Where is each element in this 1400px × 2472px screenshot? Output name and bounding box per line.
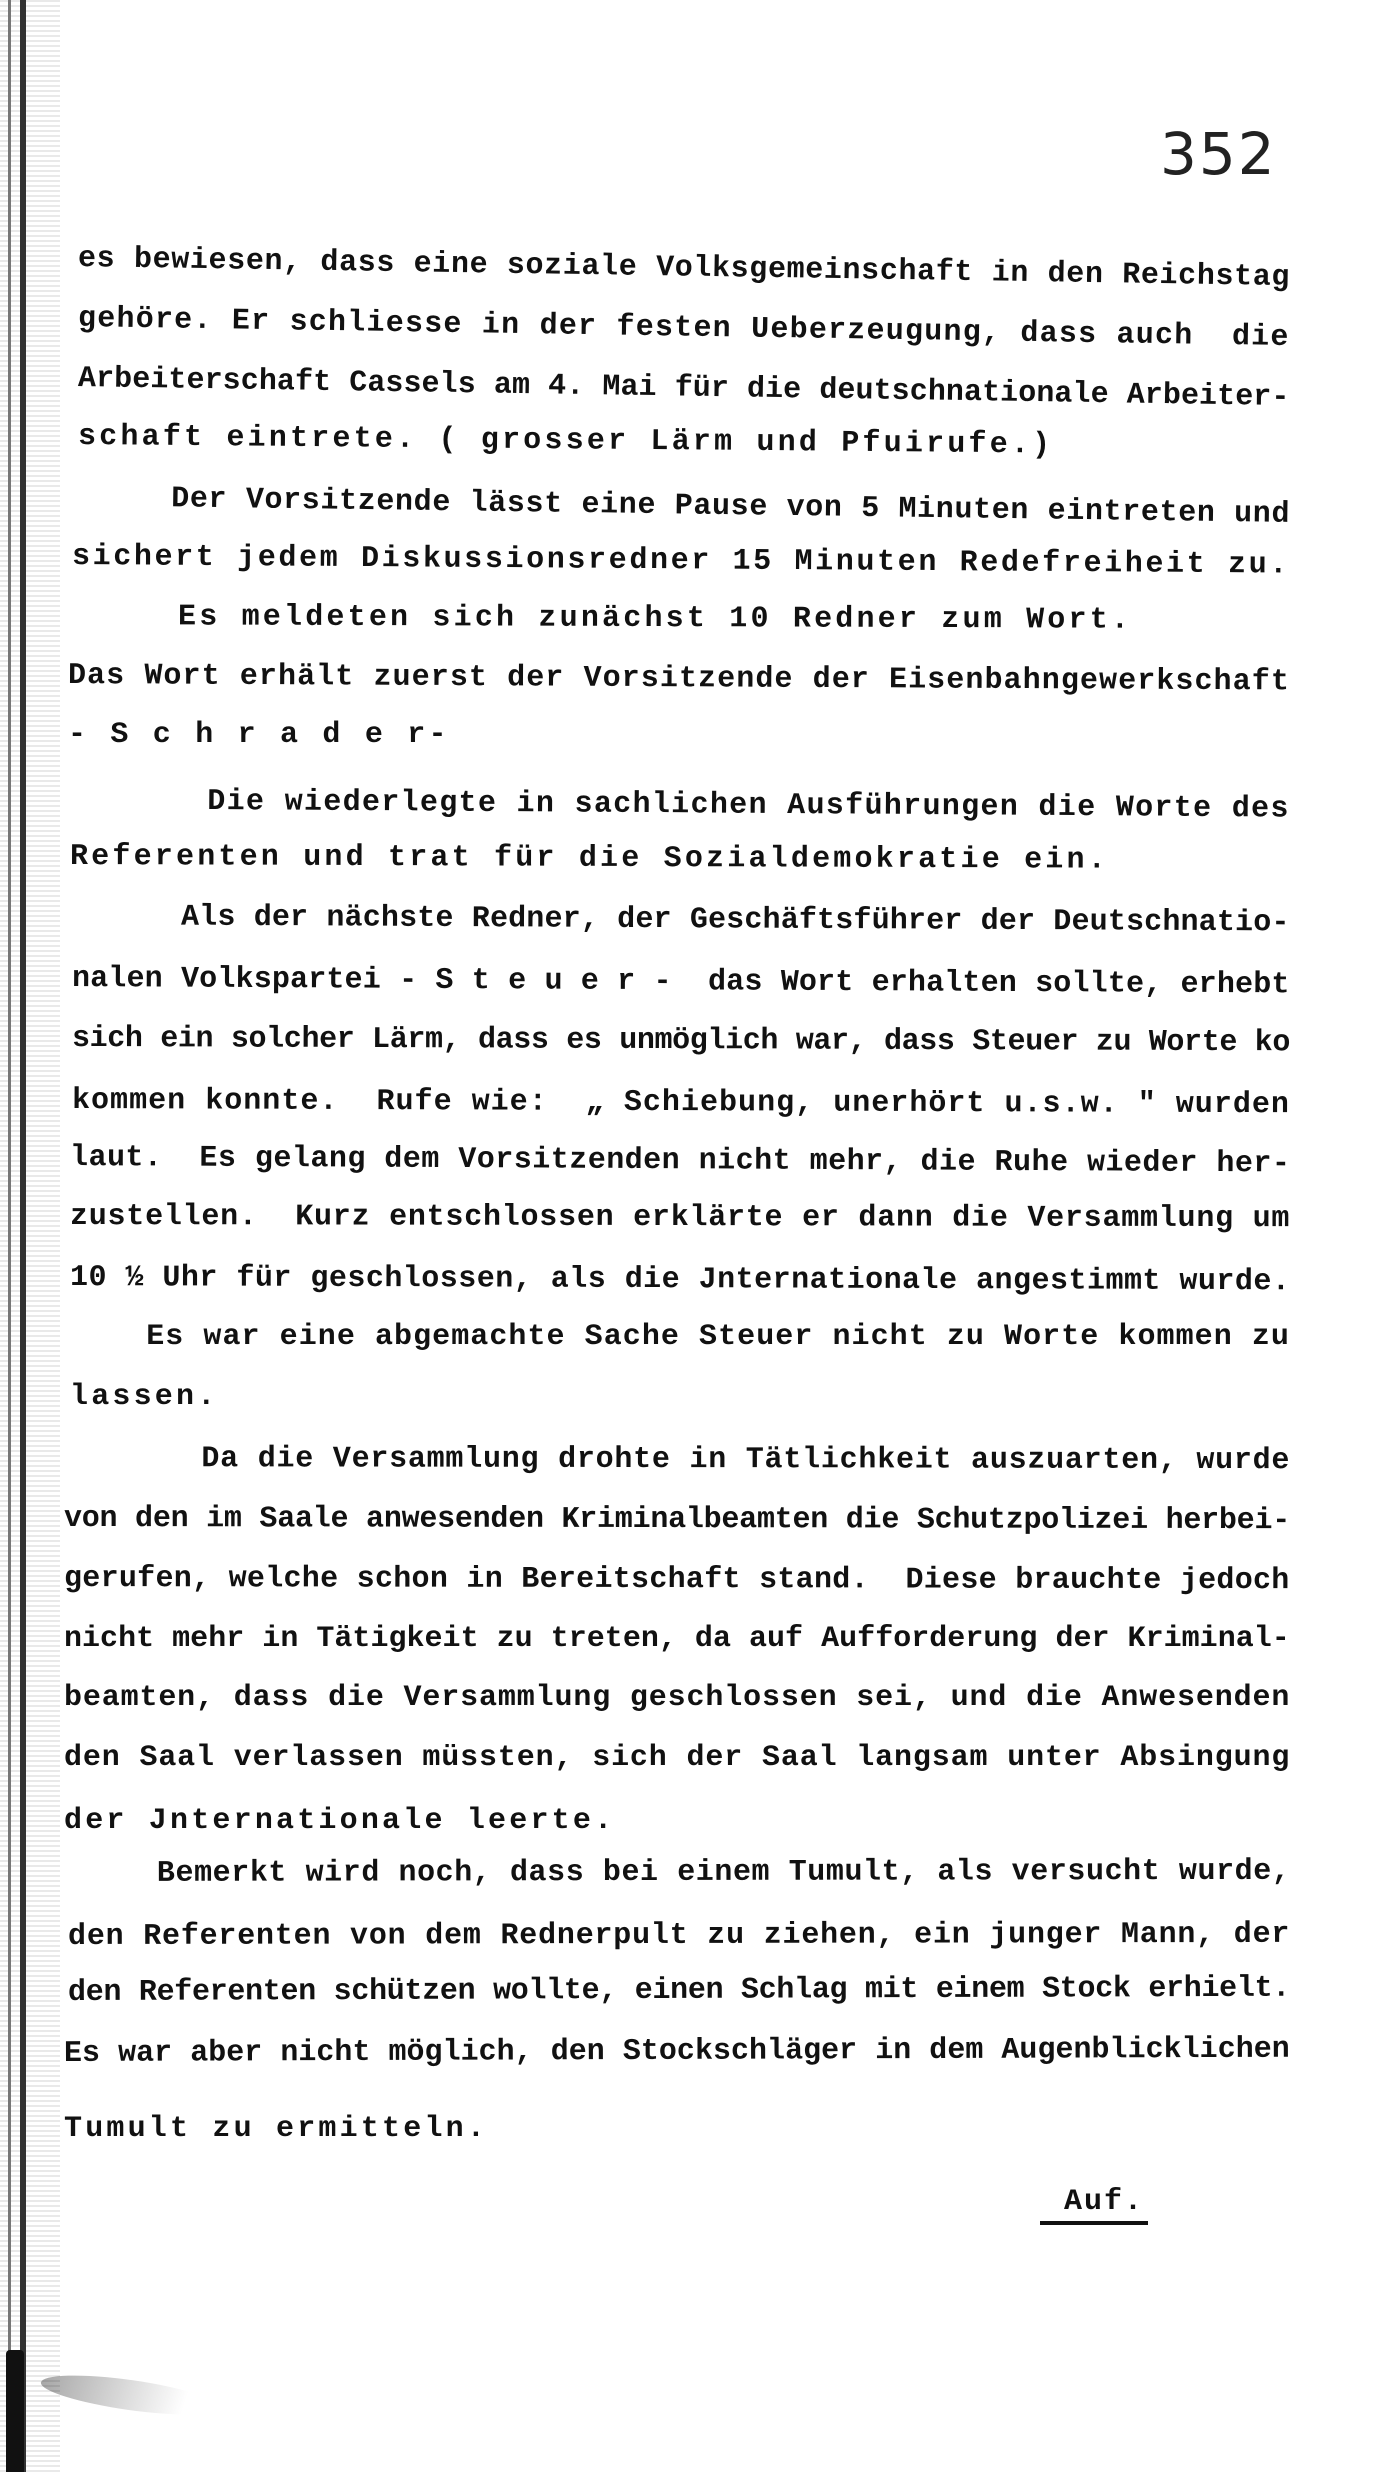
signature: Auf. bbox=[1040, 2185, 1148, 2225]
text-line: Es war aber nicht möglich, den Stockschl… bbox=[64, 2033, 1290, 2071]
text-line: Das Wort erhält zuerst der Vorsitzende d… bbox=[68, 659, 1290, 699]
text-line: 10 ½ Uhr für geschlossen, als die Jntern… bbox=[70, 1261, 1291, 1299]
text-line: nicht mehr in Tätigkeit zu treten, da au… bbox=[64, 1622, 1290, 1656]
text-line: Bemerkt wird noch, dass bei einem Tumult… bbox=[64, 1855, 1290, 1891]
ink-smudge bbox=[39, 2368, 221, 2423]
text-line: gehöre. Er schliesse in der festen Ueber… bbox=[78, 302, 1290, 355]
text-line: gerufen, welche schon in Bereitschaft st… bbox=[64, 1562, 1290, 1598]
text-line: den Referenten schützen wollte, einen Sc… bbox=[68, 1972, 1290, 2010]
text-line: den Referenten von dem Rednerpult zu zie… bbox=[68, 1918, 1290, 1954]
text-line: Die wiederlegte in sachlichen Ausführung… bbox=[72, 784, 1290, 827]
binding-clip bbox=[6, 2350, 24, 2472]
text-line: - S c h r a d e r- bbox=[68, 718, 450, 752]
text-line: Referenten und trat für die Sozialdemokr… bbox=[70, 840, 1109, 878]
text-line: sichert jedem Diskussionsredner 15 Minut… bbox=[72, 540, 1290, 583]
text-line: schaft eintrete. ( grosser Lärm und Pfui… bbox=[78, 420, 1054, 463]
text-line: Der Vorsitzende lässt eine Pause von 5 M… bbox=[78, 481, 1291, 532]
text-line: kommen konnte. Rufe wie: „ Schiebung, un… bbox=[72, 1084, 1290, 1122]
text-line: Es war eine abgemachte Sache Steuer nich… bbox=[70, 1320, 1290, 1354]
text-line: es bewiesen, dass eine soziale Volksgeme… bbox=[78, 242, 1291, 295]
text-line: Als der nächste Redner, der Geschäftsfüh… bbox=[72, 900, 1290, 940]
binding-shadow bbox=[8, 0, 11, 2472]
text-line: sich ein solcher Lärm, dass es unmöglich… bbox=[72, 1022, 1290, 1060]
text-line: laut. Es gelang dem Vorsitzenden nicht m… bbox=[70, 1141, 1291, 1181]
text-line: der Jnternationale leerte. bbox=[64, 1804, 615, 1838]
text-line: zustellen. Kurz entschlossen erklärte er… bbox=[70, 1200, 1290, 1236]
text-line: von den im Saale anwesenden Kriminalbeam… bbox=[64, 1502, 1290, 1538]
page-number: 352 bbox=[1160, 120, 1277, 188]
text-line: nalen Volkspartei - S t e u e r - das Wo… bbox=[72, 962, 1290, 1002]
binding-spine bbox=[20, 0, 26, 2472]
text-line: lassen. bbox=[70, 1380, 218, 1414]
text-line: den Saal verlassen müssten, sich der Saa… bbox=[64, 1741, 1290, 1775]
text-line: Da die Versammlung drohte in Tätlichkeit… bbox=[70, 1442, 1290, 1478]
text-line: Arbeiterschaft Cassels am 4. Mai für die… bbox=[78, 362, 1290, 415]
text-line: Tumult zu ermitteln. bbox=[64, 2112, 488, 2146]
document-page: 352 es bewiesen, dass eine soziale Volks… bbox=[0, 0, 1400, 2472]
text-line: beamten, dass die Versammlung geschlosse… bbox=[64, 1681, 1290, 1715]
text-line: Es meldeten sich zunächst 10 Redner zum … bbox=[72, 600, 1132, 638]
